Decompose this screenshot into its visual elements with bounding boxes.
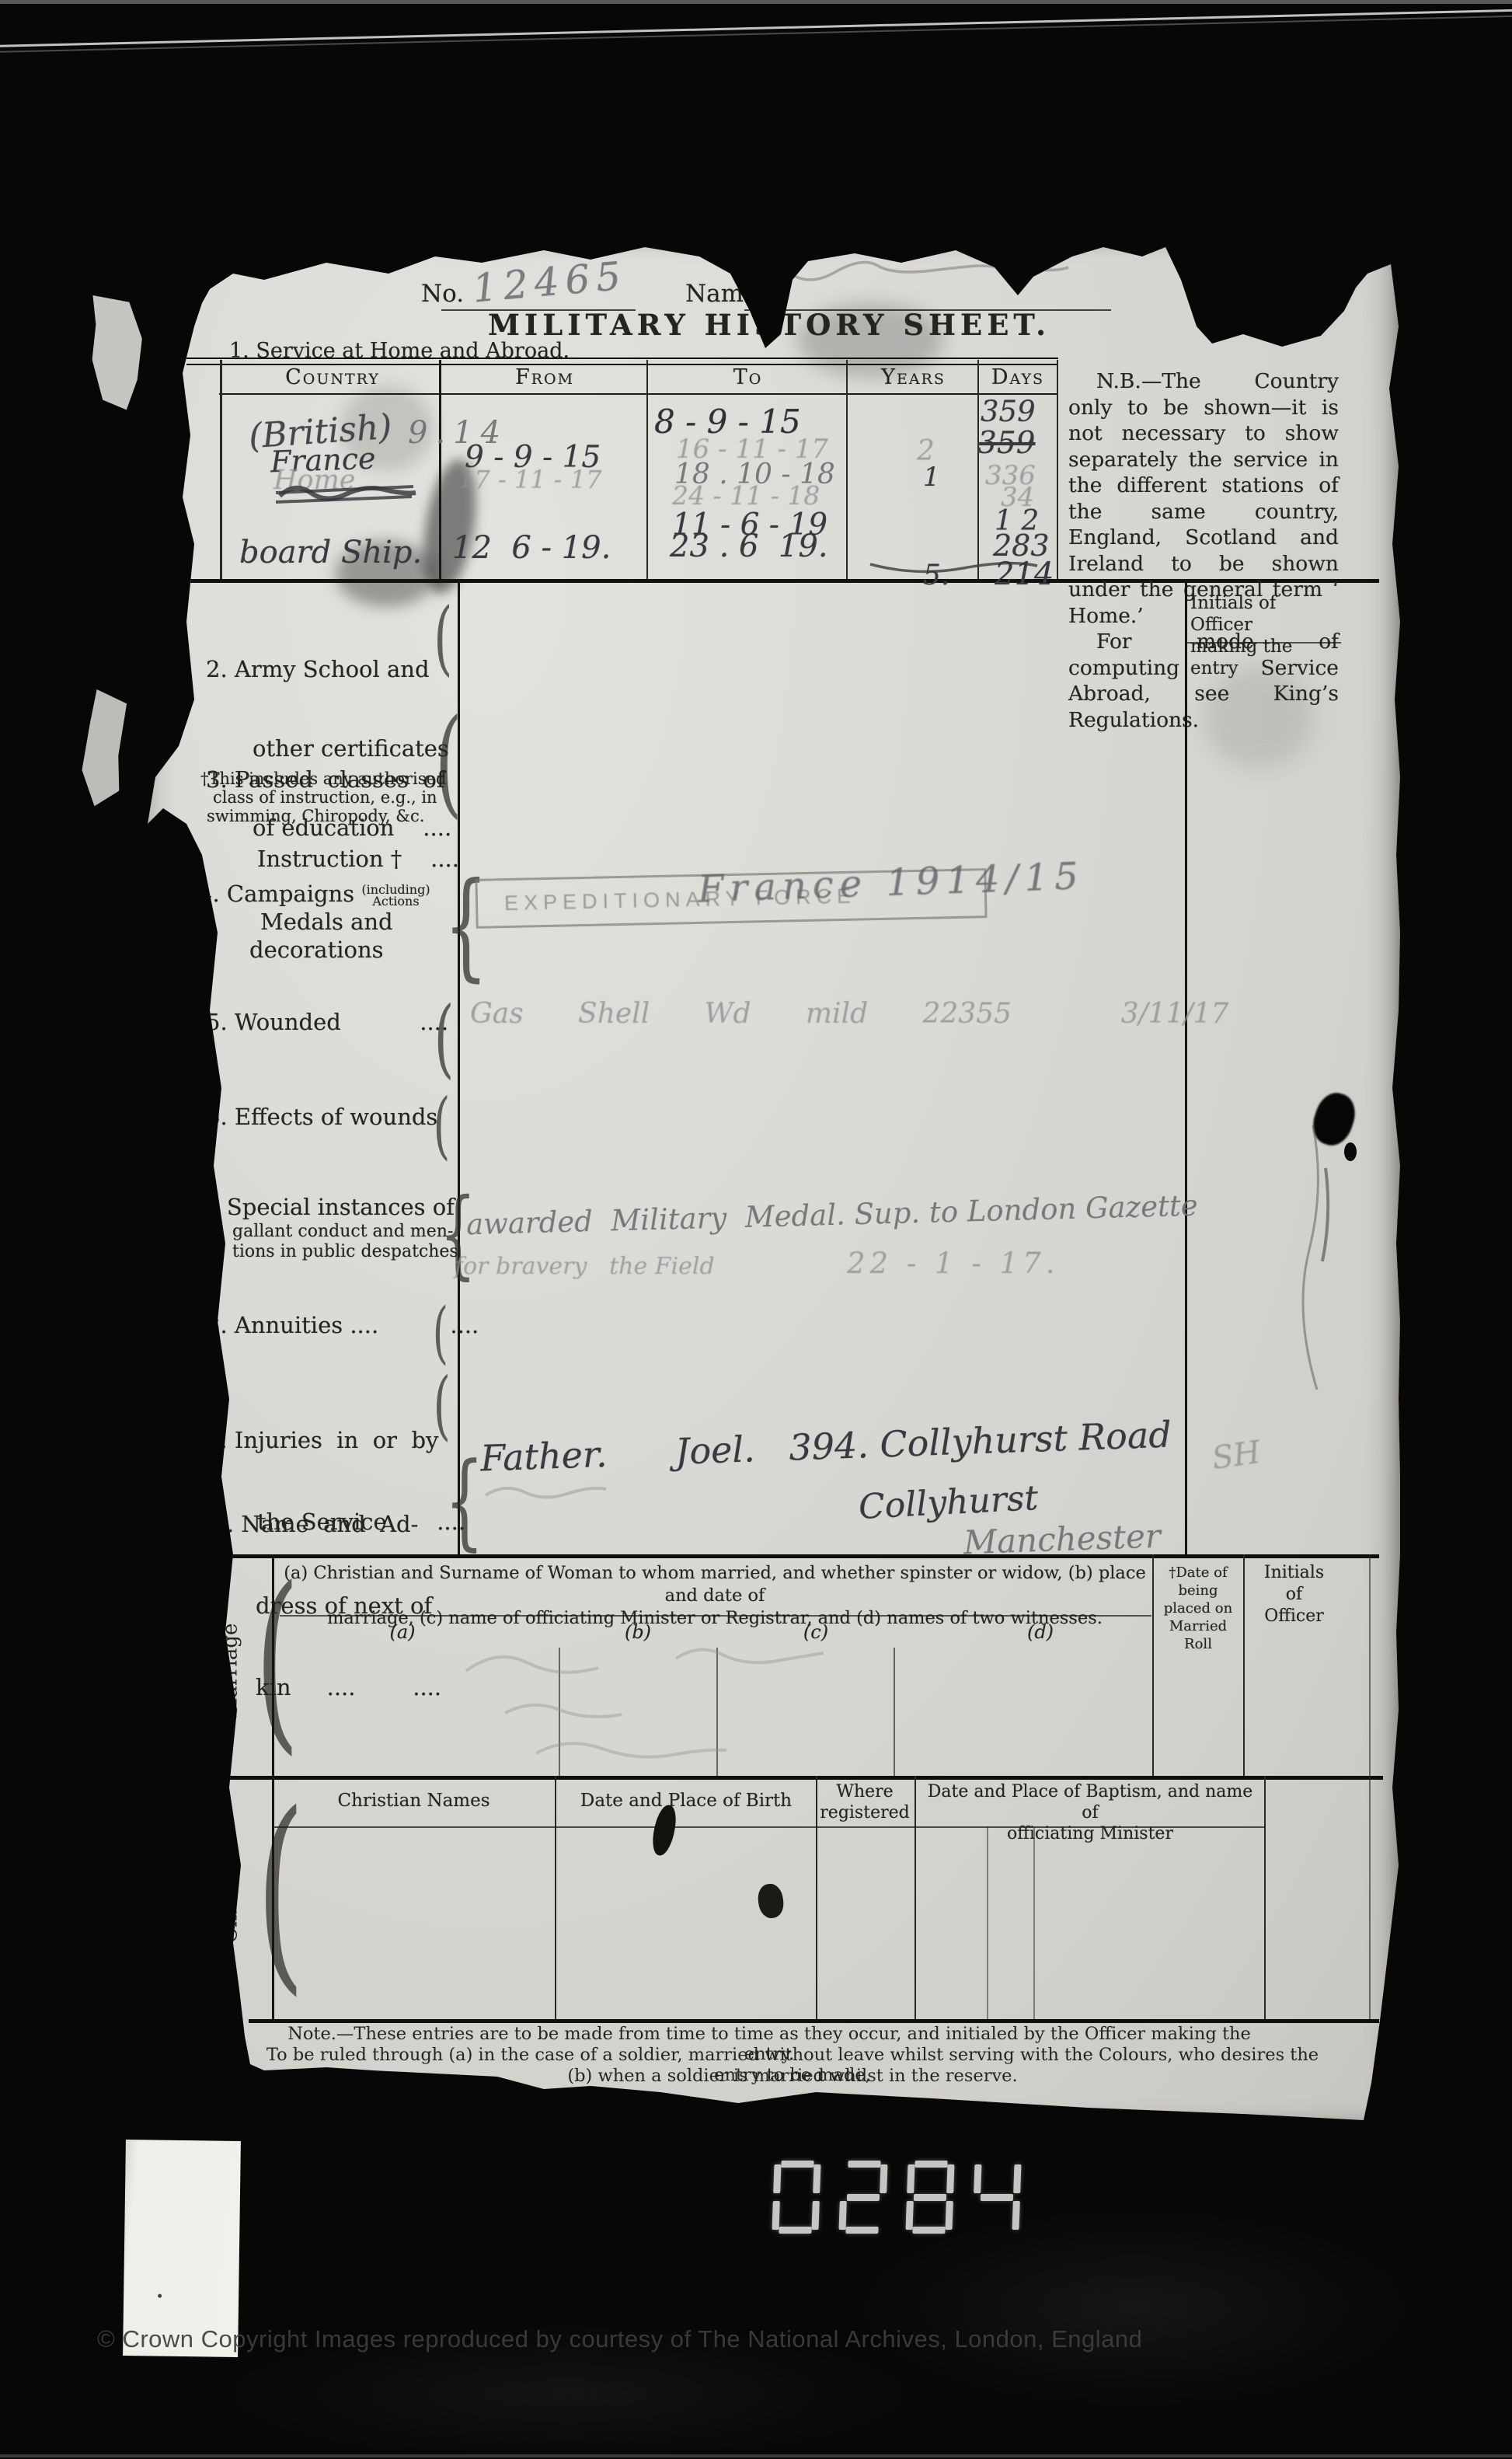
section-10-line1: 10. Name and Ad- xyxy=(198,1511,441,1538)
section-7-label: 7. Special instances of gallant conduct … xyxy=(198,1194,458,1262)
marriage-side-label: 11. Particulars as to Marriage xyxy=(193,1568,249,1774)
paper-scrap xyxy=(79,689,128,808)
entry-to-6: 23 . 6 19. xyxy=(670,528,828,564)
entry-to-4: 24 - 11 - 18 xyxy=(672,480,820,511)
section-3-footnote: †This includes any authorised class of i… xyxy=(200,769,446,825)
film-top-strip xyxy=(0,0,1512,4)
marriage-header-line1: (a) Christian and Surname of Woman to wh… xyxy=(284,1562,1146,1607)
table-header-rule xyxy=(219,393,1057,395)
children-col-rule xyxy=(915,1776,916,2019)
officer-initials-entry: SH xyxy=(1210,1435,1263,1477)
paper-scrap xyxy=(88,292,147,412)
initials-header-line1: Initials of Officer xyxy=(1190,592,1342,636)
subhead-b: (b) xyxy=(615,1621,661,1643)
section-9-line1: 9. Injuries in or by xyxy=(206,1427,465,1454)
col-header-from: From xyxy=(443,365,646,389)
subhead-d: (d) xyxy=(1017,1621,1064,1643)
marriage-top-rule xyxy=(179,1554,1379,1558)
entry-days-1: 359 xyxy=(981,395,1036,428)
children-subcol-rule xyxy=(1033,1826,1035,2019)
children-side-line1: 12. Particulars as to xyxy=(193,1796,218,2002)
card-speck xyxy=(158,2294,162,2298)
entry-years-3: 1 xyxy=(923,462,940,493)
table-col-rule xyxy=(977,360,979,579)
entry-from-6: 12 6 - 19. xyxy=(452,530,611,566)
next-of-kin-line1: Father. Joel. 394. Collyhurst Road xyxy=(479,1413,1172,1479)
children-right-rule xyxy=(1369,1776,1371,2019)
table-left-rule xyxy=(220,360,222,579)
entry-country-ship: board Ship. xyxy=(239,535,422,570)
section-4-line2: Medals and xyxy=(260,908,430,936)
children-col2-header: Date and Place of Birth xyxy=(558,1791,814,1811)
initials-col-rule xyxy=(1185,579,1187,1554)
name-label: Name xyxy=(685,280,758,308)
children-col-rule xyxy=(1264,1776,1266,2019)
marriage-header: (a) Christian and Surname of Woman to wh… xyxy=(284,1562,1146,1630)
ink-blob xyxy=(649,1803,679,1857)
copyright-line: © Crown Copyright Images reproduced by c… xyxy=(97,2325,1449,2353)
ink-blob xyxy=(756,1882,786,1920)
children-side-line2: Children xyxy=(218,1796,243,2002)
children-col3-header: Where registered xyxy=(816,1781,914,1823)
table-right-rule xyxy=(1057,360,1058,579)
seven-segment-digit xyxy=(838,2161,887,2234)
film-bottom-strip xyxy=(0,2454,1512,2457)
wounded-entry: Gas Shell Wd mild 22355 3/11/17 xyxy=(470,998,1228,1030)
section-4-label: 4. Campaigns (including)Actions Medals a… xyxy=(198,880,430,964)
children-bottom-rule xyxy=(249,2019,1379,2023)
marriage-subcol-rule xyxy=(894,1648,895,1776)
marriage-subcol-rule xyxy=(716,1648,718,1776)
marriage-subheader-rule xyxy=(280,1615,1151,1617)
section-7-line3: tions in public despatches xyxy=(232,1242,458,1262)
col-header-country: Country xyxy=(225,365,440,389)
children-subcol-rule xyxy=(987,1826,988,2019)
section-6-label: 6. Effects of wounds xyxy=(206,1104,437,1130)
datecol-line2: placed on xyxy=(1155,1599,1242,1617)
service-number-handwritten: 12465 xyxy=(471,253,629,311)
marriage-side-line1: 11. Particulars as to xyxy=(193,1568,218,1774)
entry-total-years: 5. xyxy=(923,560,949,591)
document-paper: No. 12465 Name MILITARY HISTORY SHEET. 1… xyxy=(132,232,1400,2136)
datecol-line3: Married Roll xyxy=(1155,1617,1242,1653)
sheet-title: MILITARY HISTORY SHEET. xyxy=(466,308,1072,342)
subhead-a: (a) xyxy=(379,1621,426,1643)
initcol-line1: Initials xyxy=(1245,1562,1343,1584)
seven-segment-digit xyxy=(972,2161,1021,2234)
datecol-line1: †Date of being xyxy=(1155,1564,1242,1599)
campaigns-paren: (including)Actions xyxy=(361,884,430,907)
section-7-line2: gallant conduct and men- xyxy=(232,1222,458,1242)
marriage-subcol-rule xyxy=(559,1648,560,1776)
children-col-rule xyxy=(555,1776,556,2019)
table-col-rule xyxy=(646,360,648,579)
section-5-label: 5. Wounded .... xyxy=(206,1009,448,1035)
col3-line1: Where xyxy=(816,1781,914,1802)
col4-line1: Date and Place of Baptism, and name of xyxy=(918,1781,1262,1823)
section-10-brace: { xyxy=(444,1449,484,1553)
footnote-line2: class of instruction, e.g., in xyxy=(213,788,446,807)
gallantry-entry-line2: for bravery the Field xyxy=(455,1253,715,1280)
entry-from-3: 17 - 11 - 17 xyxy=(458,465,601,494)
col4-line2: officiating Minister xyxy=(918,1823,1262,1844)
marriage-initcol-rule xyxy=(1243,1554,1245,1776)
section-9-brace: ( xyxy=(433,1368,450,1442)
section-2-line1: 2. Army School and xyxy=(206,656,451,682)
table-col-rule xyxy=(439,360,441,579)
film-scratch-line-2 xyxy=(0,15,1512,53)
section-8-brace: ( xyxy=(433,1299,448,1366)
torn-hole-small xyxy=(1344,1142,1357,1161)
col-header-to: To xyxy=(650,365,846,389)
scanned-document-photo: No. 12465 Name MILITARY HISTORY SHEET. 1… xyxy=(0,0,1512,2459)
footnote-line1: †This includes any authorised xyxy=(200,769,446,788)
children-col1-header: Christian Names xyxy=(276,1791,552,1811)
section-2-brace: ( xyxy=(434,597,452,678)
initcol-line3: Officer xyxy=(1245,1606,1343,1627)
note-line3: (b) when a soldier is married whilst in … xyxy=(241,2066,1344,2086)
number-label: No. xyxy=(421,280,464,308)
marriage-initcol-header: Initials of Officer xyxy=(1245,1562,1343,1627)
initcol-line2: of xyxy=(1245,1584,1343,1606)
section-3-line2: Instruction † .... xyxy=(257,846,459,872)
campaigns-text: 4. Campaigns xyxy=(198,881,354,907)
section-5-brace: ( xyxy=(434,995,455,1080)
section-6-brace: ( xyxy=(433,1090,450,1163)
col3-line2: registered xyxy=(816,1802,914,1823)
entry-country-home: Home xyxy=(273,465,356,496)
marriage-left-rule xyxy=(272,1554,274,1776)
seven-segment-display xyxy=(772,2161,1021,2234)
children-side-label: 12. Particulars as to Children xyxy=(193,1796,249,2002)
section-4-line3: decorations xyxy=(249,936,430,964)
nb-paragraph-1: N.B.—The Country only to be shown—it is … xyxy=(1068,368,1339,629)
entry-total-days: 214 xyxy=(995,556,1054,592)
children-side-brace: ( xyxy=(256,1786,305,1997)
section-3-brace: ( xyxy=(435,704,462,821)
col-header-years: Years xyxy=(849,365,977,389)
marriage-datecol-rule xyxy=(1152,1554,1154,1776)
entry-days-1-struck: 359 xyxy=(977,426,1035,461)
marriage-bottom-rule xyxy=(179,1776,1383,1780)
section-7-line1: 7. Special instances of xyxy=(198,1194,458,1220)
marriage-datecol-header: †Date of being placed on Married Roll xyxy=(1155,1564,1242,1653)
stamp-handwriting: France 1914/15 xyxy=(697,854,1085,911)
film-scratch-line xyxy=(0,9,1512,47)
subhead-c: (c) xyxy=(793,1621,839,1643)
paren-actions: Actions xyxy=(372,894,419,909)
marriage-right-rule xyxy=(1369,1554,1371,1776)
footnote-line3: swimming, Chiropody, &c. xyxy=(207,807,446,825)
marriage-side-line2: Marriage xyxy=(218,1568,243,1774)
gallantry-entry-line1: awarded Military Medal. Sup. to London G… xyxy=(466,1189,1199,1242)
children-left-rule xyxy=(272,1776,274,2019)
table-col-rule xyxy=(846,360,848,579)
seven-segment-digit xyxy=(772,2161,820,2234)
seven-segment-digit xyxy=(905,2161,954,2234)
col-header-days: Days xyxy=(979,365,1057,389)
section-4-line1: 4. Campaigns (including)Actions xyxy=(198,880,430,908)
table-top-rule xyxy=(186,358,1058,365)
gallantry-entry-date: 22 - 1 - 17. xyxy=(847,1247,1060,1280)
torn-hole xyxy=(1308,1088,1361,1150)
reference-card xyxy=(123,2140,241,2357)
backdrop-glow xyxy=(855,2207,1414,2409)
next-of-kin-line2: Collyhurst xyxy=(858,1478,1039,1527)
initials-header: Initials of Officer making the entry xyxy=(1190,592,1342,679)
children-col4-header: Date and Place of Baptism, and name of o… xyxy=(918,1781,1262,1844)
initials-header-underline xyxy=(1187,642,1341,644)
